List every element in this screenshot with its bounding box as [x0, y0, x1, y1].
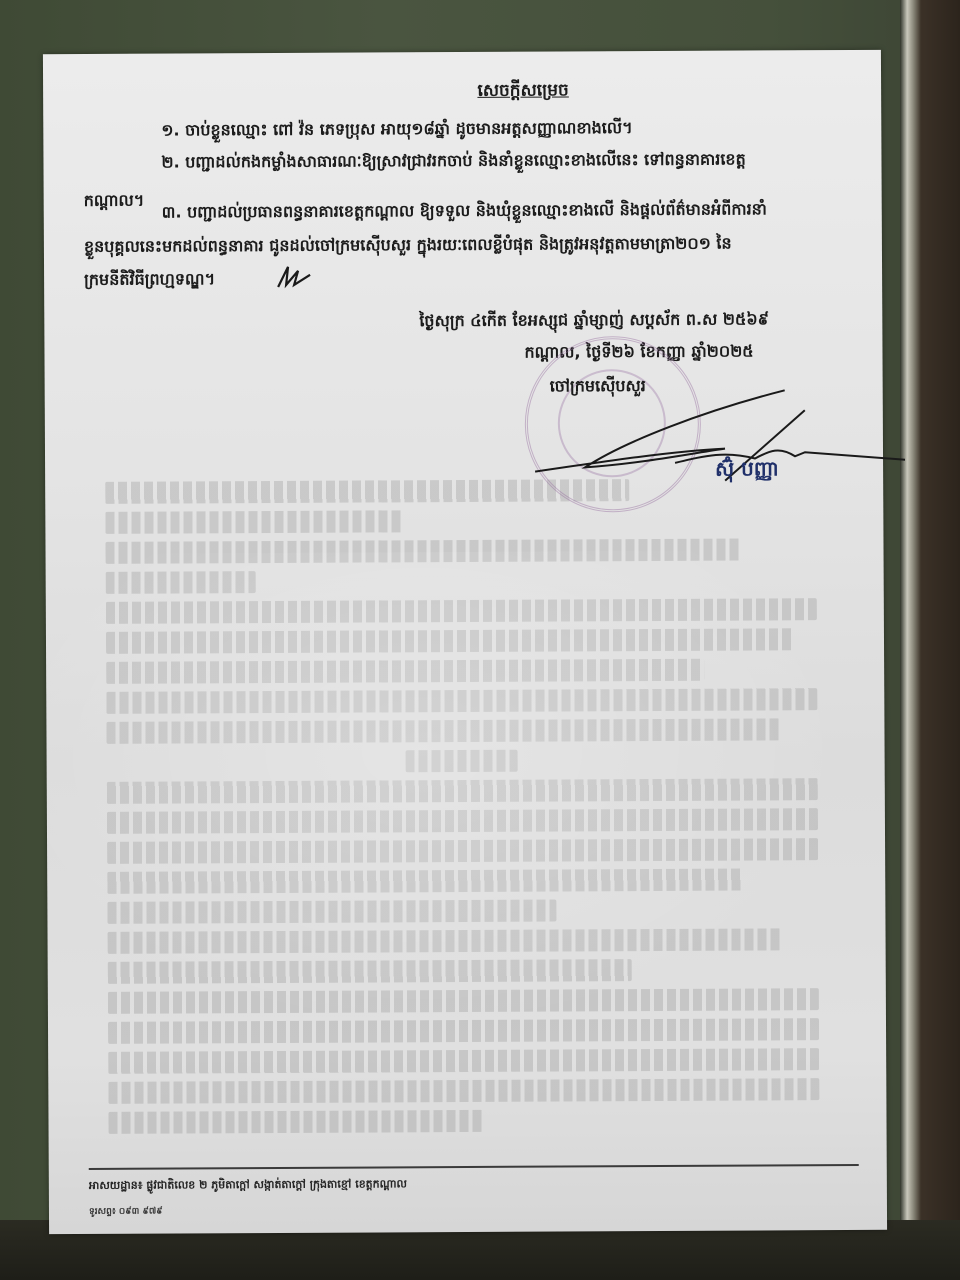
decision-item-3: ៣. បញ្ជាដល់ប្រធានពន្ធនាគារខេត្តកណ្ដាល ឱ្… — [162, 198, 767, 225]
light-glare — [46, 550, 887, 1054]
window-frame — [900, 0, 960, 1280]
decision-item-2: ២. បញ្ជាដល់កងកម្លាំងសាធារណៈឱ្យស្រាវជ្រាវ… — [161, 149, 745, 176]
decision-item-1: ១. ចាប់ខ្លួនឈ្មោះ ពៅ វ៉ន ភេទប្រុស អាយុ១៨… — [161, 117, 632, 143]
signer-name: ស៊ុំ បញ្ញា — [715, 455, 779, 485]
document-title: សេចក្ដីសម្រេច — [423, 79, 623, 105]
decision-item-3-cont: ខ្លួនបុគ្គលនេះមកដល់ពន្ធនាគារ ជូនដល់ចៅក្រ… — [84, 233, 732, 260]
footer-address: អាសយដ្ឋាន៖ ផ្លូវជាតិលេខ ២ ភូមិតាក្តៅ សង្… — [89, 1177, 407, 1195]
initial-mark — [274, 265, 314, 289]
lunar-date: ថ្ងៃសុក្រ ៤កើត ខែអស្សុជ ឆ្នាំម្សាញ់ សប្ត… — [419, 308, 769, 334]
footer-contact: ទូរសព្ទ៖ ០៩៣ ៩៧៩ — [89, 1206, 163, 1219]
court-document-page: សេចក្ដីសម្រេច ១. ចាប់ខ្លួនឈ្មោះ ពៅ វ៉ន ភ… — [43, 50, 887, 1234]
decision-item-3-end: ក្រមនីតិវិធីព្រហ្មទណ្ឌ។ — [84, 268, 215, 293]
footer-divider — [89, 1164, 859, 1170]
signature — [525, 370, 906, 522]
decision-item-2-cont: កណ្ដាល។ — [84, 190, 145, 214]
